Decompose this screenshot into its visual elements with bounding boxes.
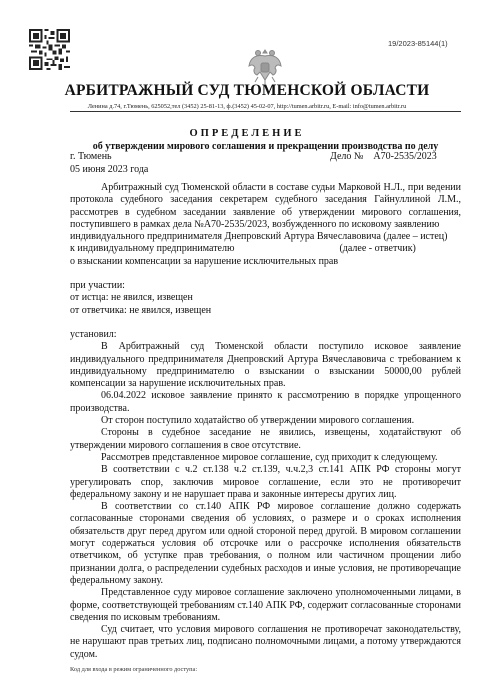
document-number: 19/2023-85144(1) [388,39,448,48]
document-type: ОПРЕДЕЛЕНИЕ [0,128,494,139]
plaintiff-presence: от истца: не явился, извещен [70,292,461,304]
court-address: Ленина д.74, г.Тюмень, 625052,тел (3452)… [0,103,494,110]
paragraph: В Арбитражный суд Тюменской области пост… [70,341,461,390]
paragraph: 06.04.2022 исковое заявление принято к р… [70,390,461,415]
defendant-presence: от ответчика: не явился, извещен [70,305,461,317]
intro-defendant: к индивидуальному предпринимателю (далее… [70,243,461,255]
russian-coat-of-arms-icon [246,46,284,86]
paragraph: В соответствии со ст.140 АПК РФ мировое … [70,501,461,587]
header-divider [70,111,461,112]
document-date: 05 июня 2023 года [70,164,148,175]
paragraph: Представленное суду мировое соглашение з… [70,587,461,624]
intro-subject: о взыскании компенсации за нарушение иск… [70,256,461,268]
document-body: Арбитражный суд Тюменской области в сост… [70,182,461,661]
case-label: Дело № [330,151,363,162]
qr-code-icon [29,29,70,70]
paragraph: Рассмотрев представленное мировое соглаш… [70,452,461,464]
paragraph: Суд считает, что условия мирового соглаш… [70,624,461,661]
restricted-access-label: Код для входа в режим ограниченного дост… [70,666,197,673]
established-label: установил: [70,329,461,341]
court-title: АРБИТРАЖНЫЙ СУД ТЮМЕНСКОЙ ОБЛАСТИ [0,82,494,100]
paragraph: Стороны в судебное заседание не явились,… [70,427,461,452]
intro-paragraph: Арбитражный суд Тюменской области в сост… [70,182,461,231]
paragraph: От сторон поступило ходатайство об утвер… [70,415,461,427]
paragraph: В соответствии с ч.2 ст.138 ч.2 ст.139, … [70,464,461,501]
intro-plaintiff: индивидуального предпринимателя Днепровс… [70,231,461,243]
participation-label: при участии: [70,280,461,292]
case-number: Дело №А70-2535/2023 [330,151,437,162]
case-number-value: А70-2535/2023 [373,151,436,162]
city: г. Тюмень [70,151,112,162]
